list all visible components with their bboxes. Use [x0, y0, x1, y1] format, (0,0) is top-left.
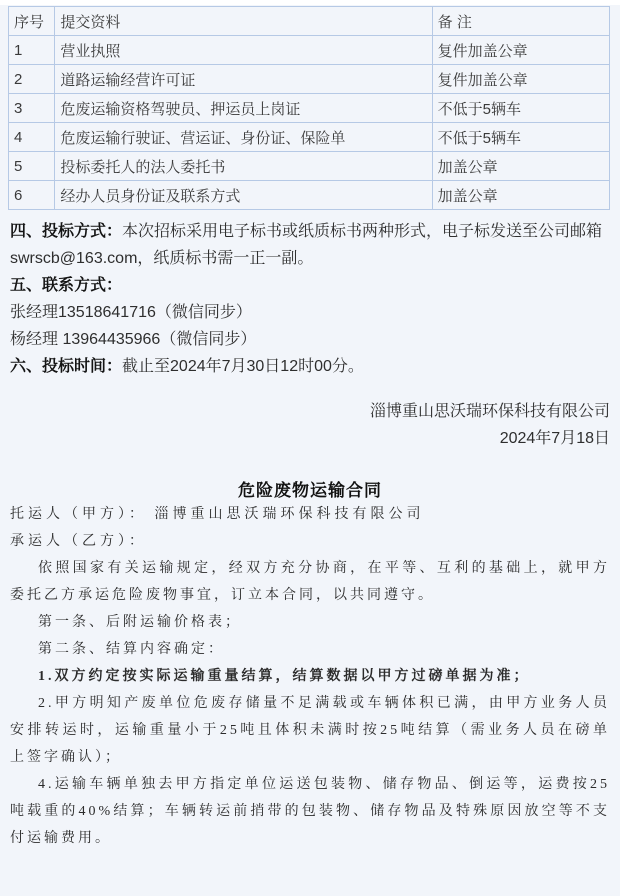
- row-no: 5: [9, 152, 55, 181]
- company-name: 淄博重山思沃瑞环保科技有限公司: [0, 398, 610, 425]
- contract-article-1: 第一条、后附运输价格表；: [10, 609, 610, 636]
- bid-method-paragraph: 四、投标方式：本次招标采用电子标书或纸质标书两种形式，电子标发送至公司邮箱swr…: [10, 218, 610, 272]
- row-note: 不低于5辆车: [432, 94, 609, 123]
- shipper-line: 托运人（甲方）： 淄博重山思沃瑞环保科技有限公司: [10, 501, 610, 528]
- submission-materials-table: 序号 提交资料 备 注 1 营业执照 复件加盖公章 2 道路运输经营许可证 复件…: [8, 6, 610, 210]
- contract-preamble: 依照国家有关运输规定，经双方充分协商，在平等、互利的基础上，就甲方委托乙方承运危…: [10, 555, 610, 609]
- bid-deadline-text: 截止至2024年7月30日12时00分。: [122, 358, 364, 375]
- tender-notice-section: 四、投标方式：本次招标采用电子标书或纸质标书两种形式，电子标发送至公司邮箱swr…: [10, 218, 610, 380]
- row-note: 加盖公章: [432, 181, 609, 210]
- row-note: 复件加盖公章: [432, 65, 609, 94]
- column-header-note: 备 注: [432, 7, 609, 36]
- row-no: 4: [9, 123, 55, 152]
- row-note: 不低于5辆车: [432, 123, 609, 152]
- table-row: 1 营业执照 复件加盖公章: [9, 36, 610, 65]
- table-row: 6 经办人员身份证及联系方式 加盖公章: [9, 181, 610, 210]
- row-material: 投标委托人的法人委托书: [55, 152, 432, 181]
- row-material: 危废运输行驶证、营运证、身份证、保险单: [55, 123, 432, 152]
- contact-heading: 五、联系方式：: [10, 272, 610, 299]
- table-header-row: 序号 提交资料 备 注: [9, 7, 610, 36]
- row-no: 6: [9, 181, 55, 210]
- row-note: 加盖公章: [432, 152, 609, 181]
- settlement-item-4: 4.运输车辆单独去甲方指定单位运送包装物、储存物品、倒运等，运费按25吨载重的4…: [10, 771, 610, 852]
- contract-body: 托运人（甲方）： 淄博重山思沃瑞环保科技有限公司 承运人（乙方）： 依照国家有关…: [10, 501, 610, 852]
- bid-method-label: 四、投标方式：: [10, 223, 122, 240]
- row-no: 2: [9, 65, 55, 94]
- row-note: 复件加盖公章: [432, 36, 609, 65]
- signature-block: 淄博重山思沃瑞环保科技有限公司 2024年7月18日: [0, 398, 610, 452]
- contract-article-2: 第二条、结算内容确定：: [10, 636, 610, 663]
- settlement-item-1: 1.双方约定按实际运输重量结算，结算数据以甲方过磅单据为准；: [10, 663, 610, 690]
- settlement-item-2: 2.甲方明知产废单位危废存储量不足满载或车辆体积已满，由甲方业务人员安排转运时，…: [10, 690, 610, 771]
- contract-title: 危险废物运输合同: [0, 476, 620, 501]
- row-material: 道路运输经营许可证: [55, 65, 432, 94]
- row-material: 危废运输资格驾驶员、押运员上岗证: [55, 94, 432, 123]
- column-header-no: 序号: [9, 7, 55, 36]
- carrier-line: 承运人（乙方）：: [10, 528, 610, 555]
- table-row: 4 危废运输行驶证、营运证、身份证、保险单 不低于5辆车: [9, 123, 610, 152]
- contact-line-yang: 杨经理 13964435966（微信同步）: [10, 326, 610, 353]
- table-row: 2 道路运输经营许可证 复件加盖公章: [9, 65, 610, 94]
- row-material: 营业执照: [55, 36, 432, 65]
- bid-deadline-paragraph: 六、投标时间：截止至2024年7月30日12时00分。: [10, 353, 610, 380]
- table-row: 5 投标委托人的法人委托书 加盖公章: [9, 152, 610, 181]
- notice-date: 2024年7月18日: [0, 425, 610, 452]
- bid-deadline-label: 六、投标时间：: [10, 358, 122, 375]
- column-header-material: 提交资料: [55, 7, 432, 36]
- row-no: 3: [9, 94, 55, 123]
- page-top-margin: [0, 0, 620, 5]
- table-row: 3 危废运输资格驾驶员、押运员上岗证 不低于5辆车: [9, 94, 610, 123]
- row-no: 1: [9, 36, 55, 65]
- contact-line-zhang: 张经理13518641716（微信同步）: [10, 299, 610, 326]
- row-material: 经办人员身份证及联系方式: [55, 181, 432, 210]
